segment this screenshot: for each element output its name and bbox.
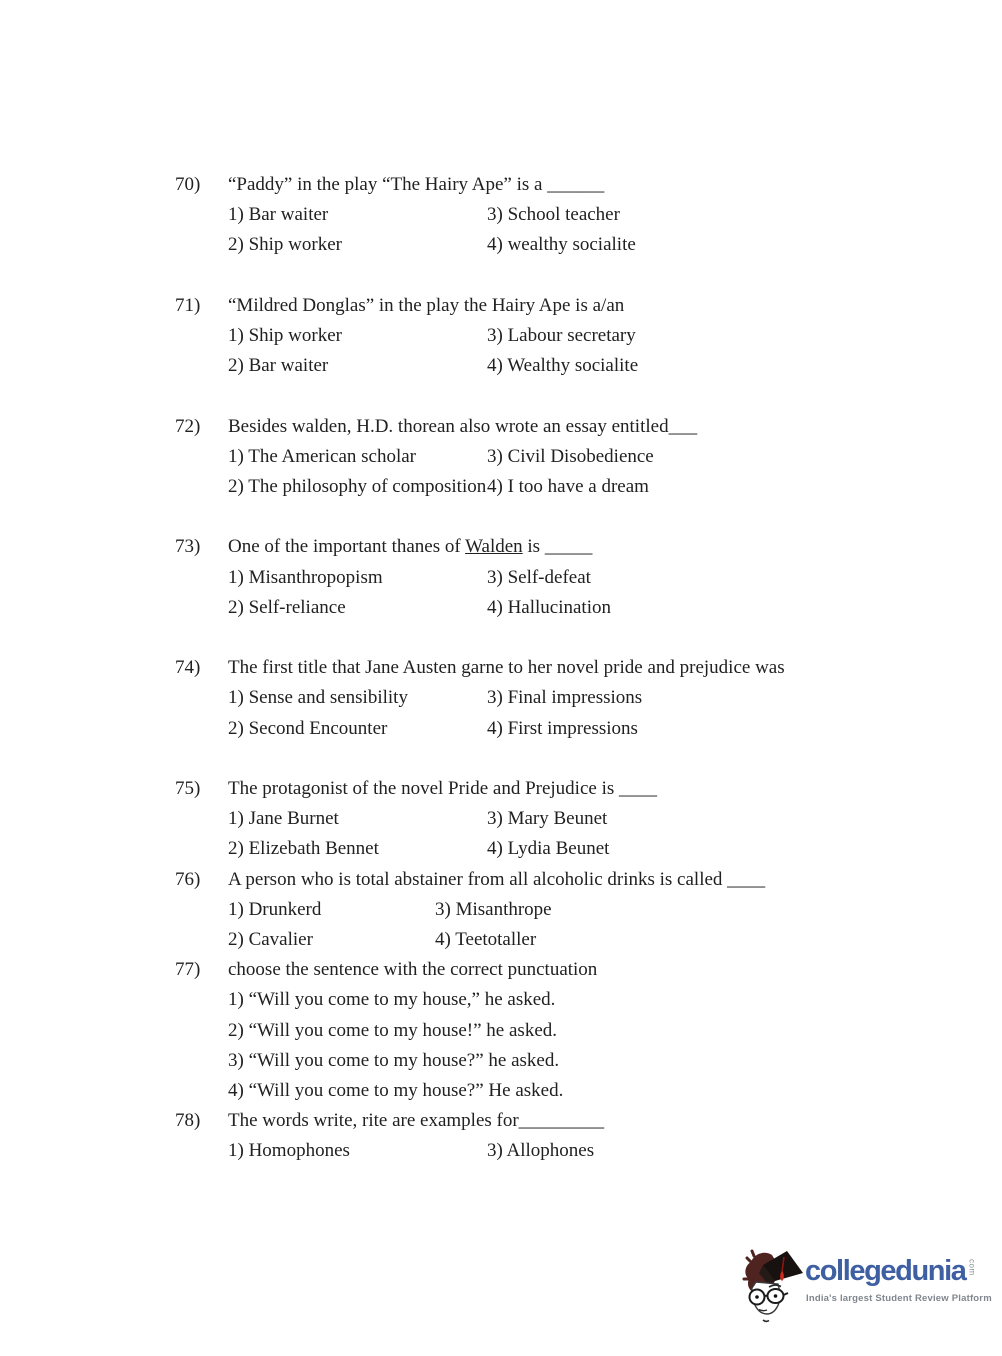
option: 4) Teetotaller: [435, 925, 536, 955]
question-74: 74) The first title that Jane Austen gar…: [175, 653, 860, 744]
question-text: choose the sentence with the correct pun…: [228, 955, 860, 985]
question-72: 72) Besides walden, H.D. thorean also wr…: [175, 412, 860, 503]
collegedunia-mascot-icon: [742, 1246, 806, 1326]
question-row: 78) The words write, rite are examples f…: [175, 1106, 860, 1136]
question-text: A person who is total abstainer from all…: [228, 865, 860, 895]
question-row: 77) choose the sentence with the correct…: [175, 955, 860, 985]
options-row: 1) Ship worker 3) Labour secretary: [175, 321, 860, 351]
options-row: 2) Second Encounter 4) First impressions: [175, 714, 860, 744]
question-row: 71) “Mildred Donglas” in the play the Ha…: [175, 291, 860, 321]
option: 2) Ship worker: [228, 230, 487, 260]
option: 2) Self-reliance: [228, 593, 487, 623]
option: 1) Misanthropopism: [228, 563, 487, 593]
options-row: 1) Drunkerd 3) Misanthrope: [175, 895, 860, 925]
question-text: Besides walden, H.D. thorean also wrote …: [228, 412, 860, 442]
option: 2) Elizebath Bennet: [228, 834, 487, 864]
options-row: 2) Self-reliance 4) Hallucination: [175, 593, 860, 623]
option: 2) Bar waiter: [228, 351, 487, 381]
question-77: 77) choose the sentence with the correct…: [175, 955, 860, 1106]
question-number: 74): [175, 653, 228, 683]
options-row: 2) Ship worker 4) wealthy socialite: [175, 230, 860, 260]
question-row: 75) The protagonist of the novel Pride a…: [175, 774, 860, 804]
question-75: 75) The protagonist of the novel Pride a…: [175, 774, 860, 865]
question-number: 78): [175, 1106, 228, 1136]
options-row: 1) Misanthropopism 3) Self-defeat: [175, 563, 860, 593]
option: 1) Ship worker: [228, 321, 487, 351]
options-row: 1) “Will you come to my house,” he asked…: [175, 985, 860, 1015]
option: 1) Sense and sensibility: [228, 683, 487, 713]
question-73: 73) One of the important thanes of Walde…: [175, 532, 860, 623]
question-text: “Mildred Donglas” in the play the Hairy …: [228, 291, 860, 321]
option: 3) Self-defeat: [487, 563, 591, 593]
exam-page: 70) “Paddy” in the play “The Hairy Ape” …: [0, 0, 1002, 1356]
question-number: 76): [175, 865, 228, 895]
question-text: The words write, rite are examples for__…: [228, 1106, 860, 1136]
options-row: 2) The philosophy of composition 4) I to…: [175, 472, 860, 502]
option: 2) Second Encounter: [228, 714, 487, 744]
option: 3) Misanthrope: [435, 895, 552, 925]
question-70: 70) “Paddy” in the play “The Hairy Ape” …: [175, 170, 860, 261]
logo-brand-text: collegedunia: [805, 1257, 965, 1286]
option: 1) The American scholar: [228, 442, 487, 472]
options-row: 2) “Will you come to my house!” he asked…: [175, 1016, 860, 1046]
question-number: 70): [175, 170, 228, 200]
option: 4) I too have a dream: [487, 472, 649, 502]
option: 3) Civil Disobedience: [487, 442, 654, 472]
option: 2) Cavalier: [228, 925, 435, 955]
options-row: 1) The American scholar 3) Civil Disobed…: [175, 442, 860, 472]
question-78: 78) The words write, rite are examples f…: [175, 1106, 860, 1166]
option: 3) School teacher: [487, 200, 620, 230]
option: 3) Mary Beunet: [487, 804, 607, 834]
logo-domain-suffix: com: [967, 1259, 976, 1276]
options-row: 2) Bar waiter 4) Wealthy socialite: [175, 351, 860, 381]
option: 1) Bar waiter: [228, 200, 487, 230]
option: 1) Homophones: [228, 1136, 487, 1166]
option: 3) “Will you come to my house?” he asked…: [228, 1046, 860, 1076]
question-text-part: is _____: [523, 536, 593, 557]
options-row: 1) Bar waiter 3) School teacher: [175, 200, 860, 230]
question-number: 77): [175, 955, 228, 985]
option: 4) Hallucination: [487, 593, 611, 623]
option: 1) Jane Burnet: [228, 804, 487, 834]
question-number: 73): [175, 532, 228, 562]
question-row: 76) A person who is total abstainer from…: [175, 865, 860, 895]
options-row: 1) Sense and sensibility 3) Final impres…: [175, 683, 860, 713]
question-row: 74) The first title that Jane Austen gar…: [175, 653, 860, 683]
question-text-underlined: Walden: [465, 536, 523, 557]
question-text: The protagonist of the novel Pride and P…: [228, 774, 860, 804]
options-row: 2) Cavalier 4) Teetotaller: [175, 925, 860, 955]
logo-tagline: India's largest Student Review Platform: [806, 1293, 992, 1304]
option: 2) “Will you come to my house!” he asked…: [228, 1016, 860, 1046]
option: 1) Drunkerd: [228, 895, 435, 925]
option: 2) The philosophy of composition: [228, 472, 487, 502]
option: 3) Labour secretary: [487, 321, 636, 351]
options-row: 2) Elizebath Bennet 4) Lydia Beunet: [175, 834, 860, 864]
option: 1) “Will you come to my house,” he asked…: [228, 985, 860, 1015]
option: 4) Lydia Beunet: [487, 834, 609, 864]
option: 4) wealthy socialite: [487, 230, 636, 260]
options-row: 1) Jane Burnet 3) Mary Beunet: [175, 804, 860, 834]
option: 4) Wealthy socialite: [487, 351, 638, 381]
question-number: 72): [175, 412, 228, 442]
question-text-part: One of the important thanes of: [228, 536, 465, 557]
options-row: 3) “Will you come to my house?” he asked…: [175, 1046, 860, 1076]
question-71: 71) “Mildred Donglas” in the play the Ha…: [175, 291, 860, 382]
question-text: “Paddy” in the play “The Hairy Ape” is a…: [228, 170, 860, 200]
question-list: 70) “Paddy” in the play “The Hairy Ape” …: [175, 170, 860, 1167]
option: 4) First impressions: [487, 714, 638, 744]
question-text: The first title that Jane Austen garne t…: [228, 653, 860, 683]
option: 4) “Will you come to my house?” He asked…: [228, 1076, 860, 1106]
collegedunia-logo: collegedunia com India's largest Student…: [742, 1246, 992, 1326]
question-number: 71): [175, 291, 228, 321]
option: 3) Allophones: [487, 1136, 594, 1166]
question-row: 73) One of the important thanes of Walde…: [175, 532, 860, 562]
option: 3) Final impressions: [487, 683, 642, 713]
question-76: 76) A person who is total abstainer from…: [175, 865, 860, 956]
question-number: 75): [175, 774, 228, 804]
question-row: 70) “Paddy” in the play “The Hairy Ape” …: [175, 170, 860, 200]
logo-wordmark: collegedunia com: [805, 1257, 976, 1286]
options-row: 1) Homophones 3) Allophones: [175, 1136, 860, 1166]
options-row: 4) “Will you come to my house?” He asked…: [175, 1076, 860, 1106]
question-row: 72) Besides walden, H.D. thorean also wr…: [175, 412, 860, 442]
question-text: One of the important thanes of Walden is…: [228, 532, 860, 562]
